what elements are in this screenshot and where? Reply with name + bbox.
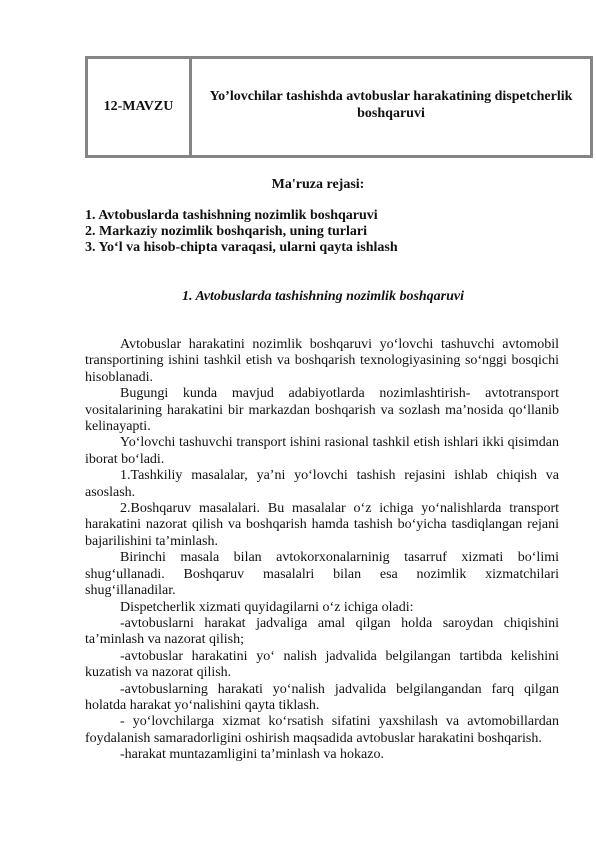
- lecture-plan-title: Ma'ruza rejasi:: [0, 177, 596, 193]
- paragraph: 1.Tashkiliy masalalar, ya’ni yo‘lovchi t…: [85, 468, 559, 501]
- paragraph: -avtobuslarni harakat jadvaliga amal qil…: [85, 616, 559, 649]
- topic-number: 12-MAVZU: [88, 59, 192, 155]
- paragraph: - yo‘lovchilarga xizmat ko‘rsatish sifat…: [85, 714, 559, 747]
- topic-title: Yo’lovchilar tashishda avtobuslar haraka…: [192, 59, 590, 155]
- plan-item: 3. Yo‘l va hisob-chipta varaqasi, ularni…: [85, 240, 398, 256]
- plan-item: 2. Markaziy nozimlik boshqarish, uning t…: [85, 224, 398, 240]
- lecture-plan-list: 1. Avtobuslarda tashishning nozimlik bos…: [85, 208, 398, 256]
- paragraph: -avtobuslar harakatini yo‘ nalish jadval…: [85, 649, 559, 682]
- paragraph: Birinchi masala bilan avtokorxonalarnini…: [85, 550, 559, 599]
- paragraph: 2.Boshqaruv masalalari. Bu masalalar o‘z…: [85, 501, 559, 550]
- paragraph: Dispetcherlik xizmati quyidagilarni o‘z …: [85, 600, 559, 616]
- paragraph: Avtobuslar harakatini nozimlik boshqaruv…: [85, 337, 559, 386]
- section-body: Avtobuslar harakatini nozimlik boshqaruv…: [85, 337, 559, 764]
- topic-header-table: 12-MAVZU Yo’lovchilar tashishda avtobusl…: [85, 56, 593, 158]
- plan-item: 1. Avtobuslarda tashishning nozimlik bos…: [85, 208, 398, 224]
- paragraph: -avtobuslarning harakati yo‘nalish jadva…: [85, 682, 559, 715]
- section-heading: 1. Avtobuslarda tashishning nozimlik bos…: [0, 289, 596, 305]
- paragraph: Yo‘lovchi tashuvchi transport ishini ras…: [85, 435, 559, 468]
- paragraph: Bugungi kunda mavjud adabiyotlarda nozim…: [85, 386, 559, 435]
- paragraph: -harakat muntazamligini ta’minlash va ho…: [85, 747, 559, 763]
